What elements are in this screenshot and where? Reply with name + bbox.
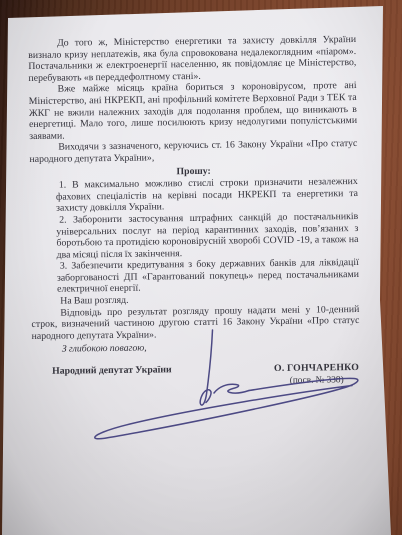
letter-body: До того ж, Міністерство енергетики та за…: [28, 34, 360, 391]
item-text: Забезпечити кредитування з боку державни…: [57, 257, 359, 295]
signer-credential: (посв. № 338): [274, 375, 359, 388]
signer-block: О. ГОНЧАРЕНКО (посв. № 338): [274, 362, 359, 388]
valediction: З глибокою повагою,: [62, 340, 360, 355]
item-number: 3.: [60, 261, 67, 272]
request-item-1: 1. В максимально можливо стислі строки п…: [56, 176, 358, 214]
item-number: 2.: [59, 214, 66, 225]
item-number: 1.: [59, 180, 66, 191]
paragraph-legal-basis: Виходячи з зазначеного, керуючись ст. 16…: [29, 138, 357, 165]
photographed-letter: До того ж, Міністерство енергетики та за…: [0, 0, 402, 535]
item-text: В максимально можливо стислі строки приз…: [56, 176, 358, 214]
item-text: Заборонити застосування штрафних санкцій…: [56, 211, 358, 260]
signer-position: Народний депутат України: [52, 364, 172, 377]
request-item-3: 3. Забезпечити кредитування з боку держа…: [57, 257, 359, 295]
signature-row: Народний депутат України О. ГОНЧАРЕНКО (…: [32, 362, 360, 391]
signer-name: О. ГОНЧАРЕНКО: [274, 362, 359, 375]
closing-paragraph: Відповідь про результат розгляду прошу н…: [31, 304, 359, 343]
paragraph-coronavirus: Вже майже місяць країна бориться з корон…: [29, 80, 358, 142]
paragraph-crisis: До того ж, Міністерство енергетики та за…: [28, 34, 357, 84]
request-item-2: 2. Заборонити застосування штрафних санк…: [56, 211, 359, 261]
